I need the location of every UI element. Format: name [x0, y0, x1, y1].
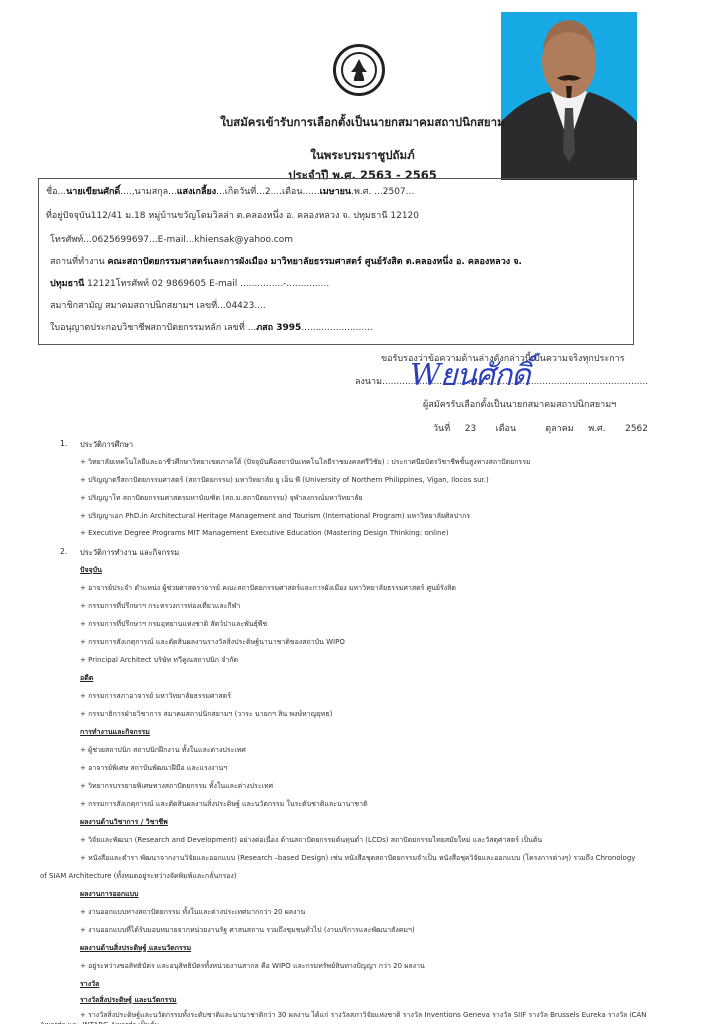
signature-date: วันที่ 23 เดือน ตุลาคม พ.ศ. 2562: [433, 421, 648, 435]
education-item: + ปริญญาเอก PhD.in Architectural Heritag…: [80, 511, 470, 522]
seal-crown-emblem-icon: [348, 58, 370, 82]
award-item: + รางวัลสิ่งประดิษฐ์และนวัตกรรมทั้งระดับ…: [80, 1010, 646, 1021]
date-month: ตุลาคม: [545, 424, 573, 434]
name-label: ชื่อ...: [46, 187, 66, 197]
birth-month-label: ....เดือน......: [271, 187, 320, 197]
current-item: + อาจารย์ประจำ ตำแหน่ง ผู้ช่วยศาสตราจารย…: [80, 583, 456, 594]
current-heading: ปัจจุบัน: [80, 565, 102, 576]
activity-item: + อาจารย์พิเศษ สถาบันพัฒนาฝีมือ และแรงงา…: [80, 763, 227, 774]
license-trail: .........................: [301, 323, 373, 333]
phone-value: 0625699697: [92, 235, 149, 245]
applicant-address: ที่อยู่ปัจจุบัน112/41 ม.18 หมู่บ้านขวัญโ…: [46, 208, 419, 222]
license-label: ใบอนุญาตประกอบวิชาชีพสถาปัตยกรรมหลัก เลข…: [50, 323, 256, 333]
license-value: ภสถ 3995: [256, 323, 301, 333]
date-day: 23: [465, 424, 476, 434]
membership-line: สมาชิกสามัญ สมาคมสถาปนิกสยามฯ เลขที่...0…: [50, 298, 266, 312]
current-item: + กรรมการสังเกตุการณ์ และตัดสินผลงานรางว…: [80, 637, 345, 648]
workplace-value: คณะสถาปัตยกรรมศาสตร์และการผังเมือง มาวิท…: [108, 257, 522, 267]
activity-item: + ผู้ช่วยสถาปนิก สถาปนิกฝึกงาน ทั้งในและ…: [80, 745, 246, 756]
education-item: + ปริญญาโท สถาปัตยกรรมศาสตรมหาบัณฑิต (สถ…: [80, 493, 363, 504]
education-item: + ปริญญาตรีสถาปัตยกรรมศาสตร์ (สถาปัตยกรร…: [80, 475, 489, 486]
awards-sub-heading: รางวัลสิ่งประดิษฐ์ และนวัตกรรม: [80, 995, 177, 1006]
month-label: เดือน: [496, 424, 516, 434]
workplace-contact-line: ปทุมธานี 12121โทรศัพท์ 02 9869605 E-mail…: [50, 276, 329, 290]
birth-year-label: .พ.ศ. ...: [351, 187, 383, 197]
current-item: + กรรมการที่ปรึกษาฯ กระทรวงการท่องเที่ยว…: [80, 601, 240, 612]
awards-heading: รางวัล: [80, 979, 99, 990]
design-item: + งานออกแบบที่ได้รับมอบหมายจากหน่วยงานรั…: [80, 925, 415, 936]
workplace-province: ปทุมธานี: [50, 279, 84, 289]
past-item: + กรรมาธิการฝ่ายวิชาการ สมาคมสถาปนิกสยาม…: [80, 709, 332, 720]
award-item-continued: Awards และ INTARG Awards เป็นต้น: [40, 1020, 159, 1024]
date-label: วันที่: [433, 424, 450, 434]
form-title: ใบสมัครเข้ารับการเลือกตั้งเป็นนายกสมาคมส…: [0, 114, 725, 132]
education-number: 1.: [60, 439, 67, 448]
work-number: 2.: [60, 547, 67, 556]
current-item: + Principal Architect บริษัท ทวีคูณสถาปน…: [80, 655, 238, 666]
invention-item: + อยู่ระหว่างขอสิทธิบัตร และอนุสิทธิบัตร…: [80, 961, 425, 972]
phone-label: โทรศัพท์...: [50, 235, 92, 245]
birth-month-value: เมษายน: [320, 187, 351, 197]
past-item: + กรรมการสภาอาจารย์ มหาวิทยาลัยธรรมศาสตร…: [80, 691, 231, 702]
seal-inner-ring: [341, 52, 377, 88]
applicant-role: ผู้สมัครรับเลือกตั้งเป็นนายกสมาคมสถาปนิก…: [423, 397, 616, 411]
association-seal-icon: [333, 44, 385, 96]
past-heading: อดีต: [80, 673, 93, 684]
year-label: พ.ศ.: [588, 424, 605, 434]
education-item: + วิทยาลัยเทคโนโลยีและอาชีวศึกษาวิทยาเขต…: [80, 457, 531, 468]
current-item: + กรรมการที่ปรึกษาฯ กรมอุทยานแห่งชาติ สั…: [80, 619, 267, 630]
education-item: + Executive Degree Programs MIT Manageme…: [80, 529, 449, 537]
work-heading: ประวัติการทำงาน และกิจกรรม: [80, 547, 179, 559]
workplace-label: สถานที่ทำงาน: [50, 257, 108, 267]
activity-item: + กรรมการสังเกตุการณ์ และตัดสินผลงานสิ่ง…: [80, 799, 368, 810]
birth-day-label: ...เกิดวันที่...: [216, 187, 265, 197]
license-line: ใบอนุญาตประกอบวิชาชีพสถาปัตยกรรมหลัก เลข…: [50, 320, 373, 334]
email-label: ...E-mail...: [149, 235, 194, 245]
activities-heading: การทำงานและกิจกรรม: [80, 727, 150, 738]
academic-item-continued: of SIAM Architecture (ทั้งหมดอยู่ระหว่าง…: [40, 871, 237, 882]
academic-item: + วิจัยและพัฒนา (Research and Developmen…: [80, 835, 542, 846]
email-value: khiensak@yahoo.com: [194, 235, 293, 245]
academic-item: + หนังสือและตำรา พัฒนาจากงานวิจัยและออกแ…: [80, 853, 635, 864]
sign-label: ลงนาม: [355, 377, 382, 387]
academic-heading: ผลงานด้านวิชาการ / วิชาชีพ: [80, 817, 168, 828]
design-item: + งานออกแบบทางสถาปัตยกรรม ทั้งในและต่างป…: [80, 907, 305, 918]
surname-value: แสงเกลี้ยง: [177, 187, 216, 197]
workplace-contact: 12121โทรศัพท์ 02 9869605 E-mail ........…: [84, 279, 329, 289]
invention-heading: ผลงานด้านสิ่งประดิษฐ์ และนวัตกรรม: [80, 943, 191, 954]
education-heading: ประวัติการศึกษา: [80, 439, 133, 451]
design-heading: ผลงานการออกแบบ: [80, 889, 139, 900]
applicant-contact-line: โทรศัพท์...0625699697...E-mail...khiensa…: [50, 232, 293, 246]
activity-item: + วิทยากรบรรยายพิเศษทางสถาปัตยกรรม ทั้งใ…: [80, 781, 273, 792]
date-year: 2562: [625, 424, 648, 434]
workplace-line: สถานที่ทำงาน คณะสถาปัตยกรรมศาสตร์และการผ…: [50, 254, 522, 268]
applicant-name-line: ชื่อ...นายเขียนศักดิ์....,นามสกุล...แสงเ…: [46, 184, 414, 198]
applicant-signature: Wยนศักดิ์: [410, 352, 530, 399]
surname-label: ....,นามสกุล...: [120, 187, 176, 197]
form-subtitle: ในพระบรมราชูปถัมภ์: [0, 147, 725, 165]
birth-year-value: 2507...: [383, 187, 415, 197]
first-name-value: นายเขียนศักดิ์: [66, 187, 120, 197]
